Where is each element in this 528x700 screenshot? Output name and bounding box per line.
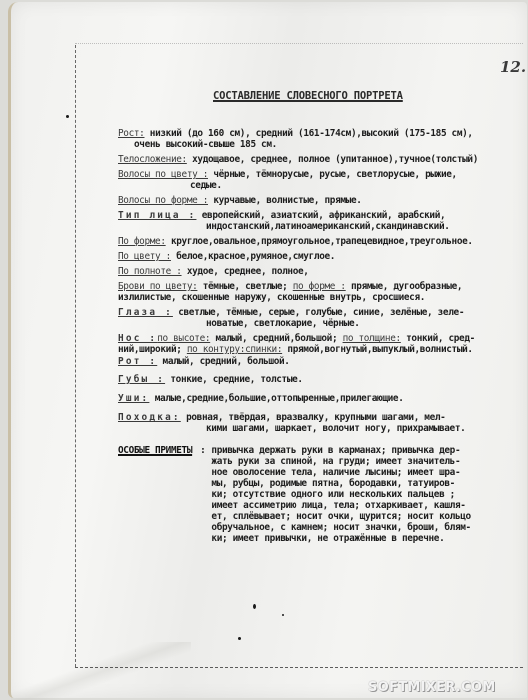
entry-text: седые. [118,180,518,191]
special-marks-line: жать руки за спиной, на груди; имеет зна… [211,456,470,467]
entry-text: прямой,вогнутый,выпуклый,волнистый. [287,344,472,355]
entry-text: малый, средний,большой; [215,333,337,344]
entry-label: По форме: [118,236,166,247]
special-marks-line: ное оволосение тела, наличие лысины; име… [211,467,470,478]
special-marks-separator: : [200,445,205,456]
entry-sublabel: по контуру:спинки: [187,344,282,355]
ink-speck [253,604,256,609]
entry-label: Походка: [118,412,181,423]
entry-text: тонкие, средние, толстые. [170,374,302,385]
entry-face-type: Тип лица : европейский, азиатский, африк… [118,210,518,232]
document-title: СОСТАВЛЕНИЕ СЛОВЕСНОГО ПОРТРЕТА [213,90,403,102]
special-marks-text: привычка держать руки в карманах; привыч… [211,445,470,544]
entry-face-fullness: По полноте : худое, среднее, полное, [118,266,518,277]
entry-label: Рот : [118,356,157,367]
entry-label: По цвету : [118,251,171,262]
entry-build: Телосложение: худощавое, среднее, полное… [118,154,518,165]
entry-text: белое,красное,румяное,смуглое. [176,251,335,262]
entry-label: Телосложение: [118,154,187,165]
special-marks-line: обручальное, с камнем; носит значки, бро… [211,522,470,533]
entry-text: низкий (до 160 см), средний (161-174см),… [150,128,473,139]
entry-text: малые,средние,большие,оттопыренные,приле… [155,393,404,404]
entry-text: европейский, азиатский, африканский, ара… [202,210,446,221]
entry-mouth: Рот : малый, средний, большой. [118,356,518,367]
entry-label: Губы : [118,374,165,385]
special-marks-line: мы, рубцы, родимые пятна, бородавки, тат… [211,478,470,489]
entry-text: тёмные, светлые; [203,281,288,292]
special-marks-line: привычка держать руки в карманах; привыч… [211,445,470,456]
entry-text: худое, среднее, полное, [187,266,309,277]
frame-bottom-line [75,667,523,668]
entry-hair-color: Волосы по цвету : чёрные, тёмнорусые, ру… [118,169,518,191]
entry-text: худощавое, среднее, полное (упитанное),т… [192,154,478,165]
ink-speck [282,614,284,616]
portrait-attributes: Рост: низкий (до 160 см), средний (161-1… [118,128,518,438]
entry-lips: Губы : тонкие, средние, толстые. [118,374,518,385]
entry-label: Нос : [118,333,157,344]
entry-label: Глаза : [118,307,173,318]
entry-label: По полноте : [118,266,182,277]
special-marks-line: ет, сплёвывает; носит очки, щурится; нос… [211,511,470,522]
entry-text: кими шагами, шаркает, волочит ногу, прих… [118,423,518,434]
entry-text: чёрные, тёмнорусые, русые, светлорусые, … [213,169,457,180]
special-marks-line: имеет ассиметрию лица, тела; отхаркивает… [211,500,470,511]
entry-text: очень высокий-свыше 185 см. [118,139,518,150]
entry-face-color: По цвету : белое,красное,румяное,смуглое… [118,251,518,262]
watermark-text: SOFTMIXER.COM [368,680,495,695]
entry-eyes: Глаза : светлые, тёмные, серые, голубые,… [118,307,518,329]
special-marks-section: ОСОБЫЕ ПРИМЕТЫ: привычка держать руки в … [118,445,518,544]
entry-label: Уши: [118,393,149,404]
entry-gait: Походка: ровная, твёрдая, вразвалку, кру… [118,412,518,434]
entry-label: Тип лица : [118,210,196,221]
entry-text: ний,широкий; [118,344,182,355]
paper-crease [11,642,191,700]
entry-sublabel: по высоте: [157,333,210,344]
entry-face-shape: По форме: круглое,овальное,прямоугольное… [118,236,518,247]
entry-text: прямые, дугообразные, [351,281,462,292]
entry-label: Волосы по форме : [118,195,208,206]
entry-text: индостанский,латиноамериканский,скандина… [118,221,518,232]
frame-left-line [75,45,76,667]
entry-text: круглое,овальное,прямоугольное,трапецеви… [171,236,473,247]
entry-ears: Уши: малые,средние,большие,оттопыренные,… [118,393,518,404]
entry-hair-shape: Волосы по форме : курчавые, волнистые, п… [118,195,518,206]
entry-text: малый, средний, большой. [163,356,290,367]
special-marks-line: ки; отсутствие одного или нескольких пал… [211,489,470,500]
entry-label: Брови по цвету: [118,281,197,292]
entry-text: тонкий, сред- [406,333,475,344]
entry-label: Рост: [118,128,144,139]
page-number: 12. [500,58,526,76]
entry-text: ровная, твёрдая, вразвалку, крупными шаг… [186,412,445,423]
entry-text: излилистые, скошенные наружу, скошенные … [118,292,518,303]
entry-eyebrows: Брови по цвету: тёмные, светлые; по форм… [118,281,518,303]
entry-sublabel: по форме : [293,281,346,292]
special-marks-line: ки; имеет привычки, не отражённые в пере… [211,533,470,544]
entry-text: курчавые, волнистые, прямые. [213,195,361,206]
entry-text: светлые, тёмные, серые, голубые, синие, … [178,307,464,318]
entry-text: новатые, светлокарие, чёрные. [118,318,518,329]
special-marks-label: ОСОБЫЕ ПРИМЕТЫ [118,445,192,456]
entry-label: Волосы по цвету : [118,169,208,180]
ink-speck [66,115,69,118]
ink-speck [238,637,241,640]
entry-nose: Нос :по высоте: малый, средний,большой; … [118,333,518,355]
frame-top-line [75,43,523,44]
entry-sublabel: по толщине: [343,333,401,344]
entry-height: Рост: низкий (до 160 см), средний (161-1… [118,128,518,150]
